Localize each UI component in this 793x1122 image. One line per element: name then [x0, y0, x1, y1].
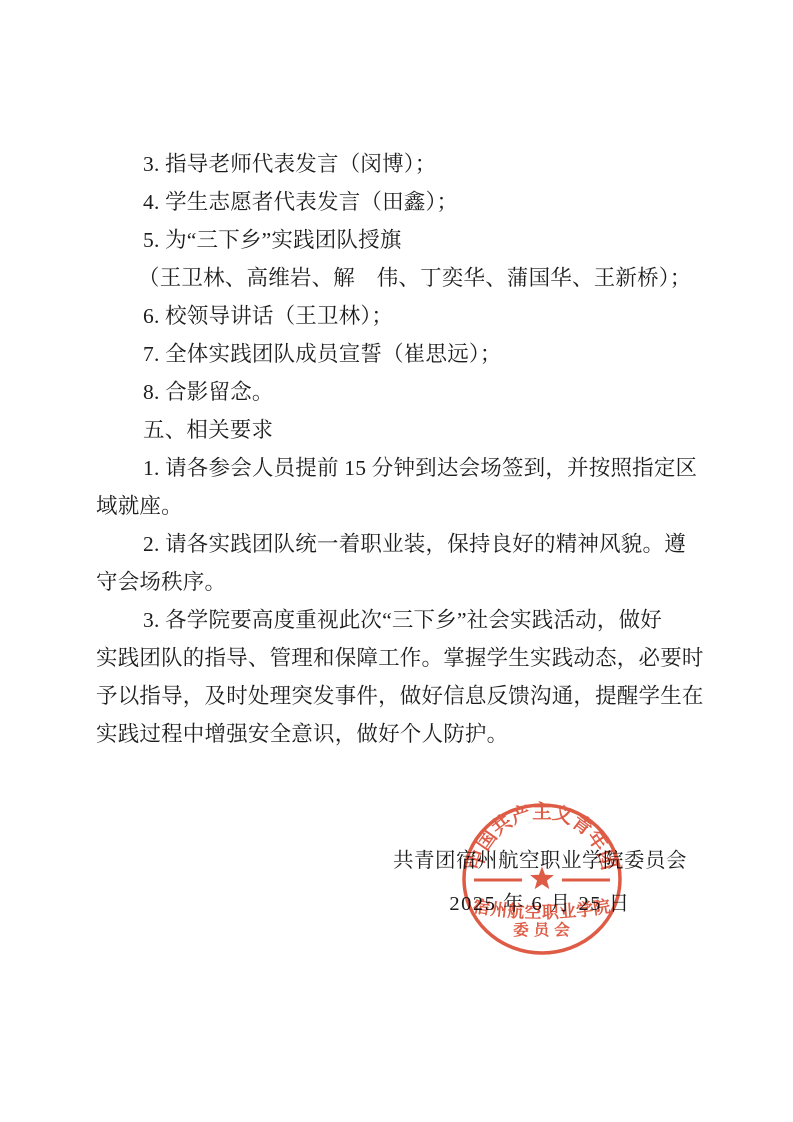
body-line: 予以指导，及时处理突发事件，做好信息反馈沟通，提醒学生在	[96, 677, 708, 715]
svg-text:宿州航空职业学院: 宿州航空职业学院	[472, 896, 612, 922]
document-page: 3. 指导老师代表发言（闵博）； 4. 学生志愿者代表发言（田鑫）； 5. 为“…	[0, 0, 793, 1122]
body-line: 4. 学生志愿者代表发言（田鑫）；	[96, 183, 708, 221]
body-line: 3. 指导老师代表发言（闵博）；	[96, 145, 708, 183]
body-line: 6. 校领导讲话（王卫林）；	[96, 297, 708, 335]
body-line: 实践团队的指导、管理和保障工作。掌握学生实践动态，必要时	[96, 639, 708, 677]
body-line: 5. 为“三下乡”实践团队授旗	[96, 221, 708, 259]
seal-arc-text: 中国共产主义青年团	[463, 800, 619, 872]
body-line: 守会场秩序。	[96, 563, 708, 601]
body-line: 7. 全体实践团队成员宣誓（崔思远）；	[96, 335, 708, 373]
section-heading: 五、相关要求	[96, 411, 708, 449]
body-line: 3. 各学院要高度重视此次“三下乡”社会实践活动，做好	[96, 601, 708, 639]
body-line: （王卫林、高维岩、解 伟、丁奕华、蒲国华、王新桥）；	[96, 259, 708, 297]
body-line: 8. 合影留念。	[96, 373, 708, 411]
svg-text:中国共产主义青年团: 中国共产主义青年团	[463, 800, 619, 872]
body-line: 实践过程中增强安全意识，做好个人防护。	[96, 715, 708, 753]
seal-middle-text: 宿州航空职业学院	[472, 896, 612, 922]
body-line: 1. 请各参会人员提前 15 分钟到达会场签到，并按照指定区	[96, 449, 708, 487]
seal-bottom-text: 委员会	[513, 920, 575, 939]
document-body: 3. 指导老师代表发言（闵博）； 4. 学生志愿者代表发言（田鑫）； 5. 为“…	[96, 145, 708, 753]
body-line: 域就座。	[96, 487, 708, 525]
body-line: 2. 请各实践团队统一着职业装，保持良好的精神风貌。遵	[96, 525, 708, 563]
official-seal: 中国共产主义青年团 宿州航空职业学院 委员会	[452, 789, 632, 969]
star-icon	[530, 867, 554, 890]
